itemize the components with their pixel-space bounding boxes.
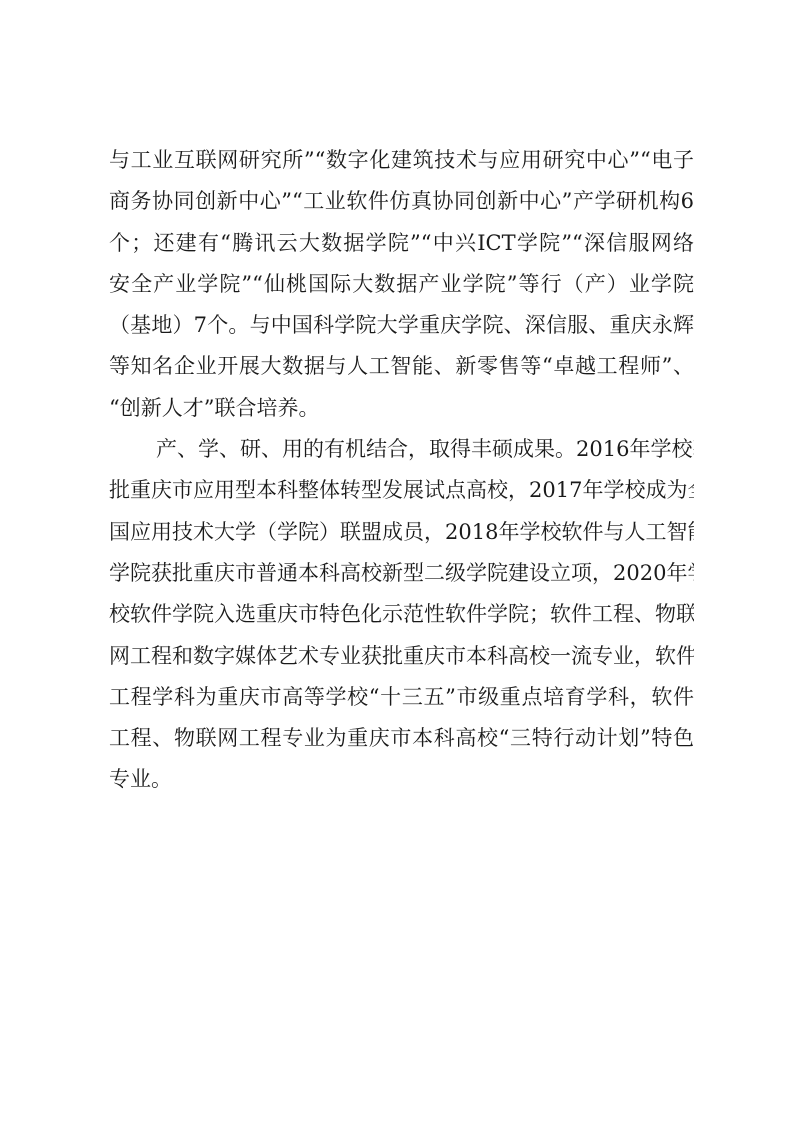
- text-line: 工程学科为重庆市高等学校“十三五”市级重点培育学科，软件: [109, 677, 694, 718]
- body-text: 与工业互联网研究所”“数字化建筑技术与应用研究中心”“电子 商务协同创新中心”“…: [109, 140, 694, 801]
- text-line: （基地）7个。与中国科学院大学重庆学院、深信服、重庆永辉: [109, 305, 694, 346]
- text-line: 产、学、研、用的有机结合，取得丰硕成果。2016年学校获: [109, 429, 694, 470]
- text-line: “创新人才”联合培养。: [109, 388, 694, 429]
- document-page: 与工业互联网研究所”“数字化建筑技术与应用研究中心”“电子 商务协同创新中心”“…: [0, 0, 793, 1122]
- paragraph-2: 产、学、研、用的有机结合，取得丰硕成果。2016年学校获 批重庆市应用型本科整体…: [109, 429, 694, 801]
- text-line: 与工业互联网研究所”“数字化建筑技术与应用研究中心”“电子: [109, 140, 694, 181]
- text-line: 网工程和数字媒体艺术专业获批重庆市本科高校一流专业，软件: [109, 636, 694, 677]
- text-line: 商务协同创新中心”“工业软件仿真协同创新中心”产学研机构6: [109, 181, 694, 222]
- text-line: 专业。: [109, 759, 694, 800]
- text-line: 个；还建有“腾讯云大数据学院”“中兴ICT学院”“深信服网络: [109, 223, 694, 264]
- text-line: 国应用技术大学（学院）联盟成员，2018年学校软件与人工智能: [109, 512, 694, 553]
- text-line: 等知名企业开展大数据与人工智能、新零售等“卓越工程师”、: [109, 346, 694, 387]
- paragraph-1: 与工业互联网研究所”“数字化建筑技术与应用研究中心”“电子 商务协同创新中心”“…: [109, 140, 694, 429]
- text-line: 批重庆市应用型本科整体转型发展试点高校，2017年学校成为全: [109, 470, 694, 511]
- text-line: 学院获批重庆市普通本科高校新型二级学院建设立项，2020年学: [109, 553, 694, 594]
- text-line: 工程、物联网工程专业为重庆市本科高校“三特行动计划”特色: [109, 718, 694, 759]
- text-line: 校软件学院入选重庆市特色化示范性软件学院；软件工程、物联: [109, 594, 694, 635]
- text-line: 安全产业学院”“仙桃国际大数据产业学院”等行（产）业学院: [109, 264, 694, 305]
